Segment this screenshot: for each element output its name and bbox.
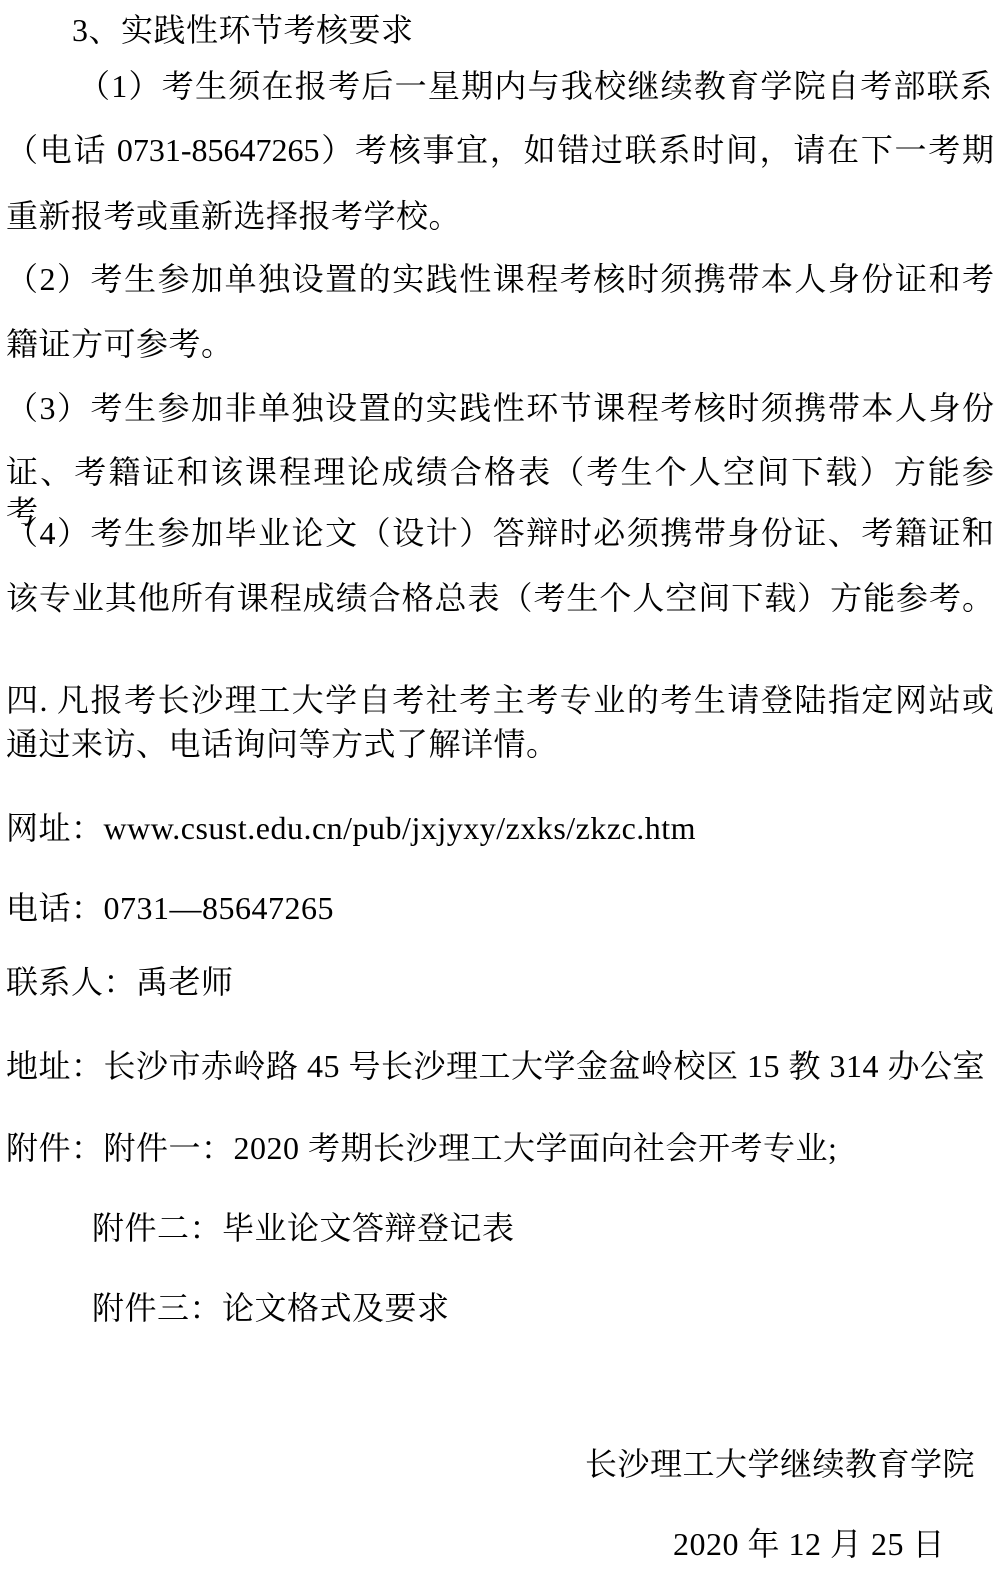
- website-line: 网址：www.csust.edu.cn/pub/jxjyxy/zxks/zkzc…: [6, 808, 696, 848]
- item-4-line-1: （4）考生参加毕业论文（设计）答辩时必须携带身份证、考籍证和: [6, 513, 994, 553]
- item-2-line-1: （2）考生参加单独设置的实践性课程考核时须携带本人身份证和考: [6, 259, 994, 299]
- section-3-heading: 3、实践性环节考核要求: [72, 10, 414, 50]
- item-2-line-2: 籍证方可参考。: [6, 324, 234, 364]
- section-4-line-1: 四. 凡报考长沙理工大学自考社考主考专业的考生请登陆指定网站或: [6, 680, 994, 720]
- signature-line: 长沙理工大学继续教育学院: [585, 1444, 975, 1484]
- item-1-line-3: 重新报考或重新选择报考学校。: [6, 196, 461, 236]
- date-line: 2020 年 12 月 25 日: [673, 1524, 945, 1564]
- attachment-2-line: 附件二：毕业论文答辩登记表: [92, 1208, 515, 1248]
- item-1-line-1: （1）考生须在报考后一星期内与我校继续教育学院自考部联系: [78, 66, 992, 106]
- address-line: 地址：长沙市赤岭路 45 号长沙理工大学金盆岭校区 15 教 314 办公室: [6, 1046, 985, 1086]
- item-3-line-1: （3）考生参加非单独设置的实践性环节课程考核时须携带本人身份: [6, 388, 994, 428]
- item-4-line-2: 该专业其他所有课程成绩合格总表（考生个人空间下载）方能参考。: [6, 578, 994, 618]
- contact-line: 联系人：禹老师: [6, 962, 234, 1002]
- section-4-line-2: 通过来访、电话询问等方式了解详情。: [6, 724, 559, 764]
- attachment-3-line: 附件三：论文格式及要求: [92, 1288, 450, 1328]
- item-1-line-2: （电话 0731-85647265）考核事宜，如错过联系时间，请在下一考期: [6, 130, 994, 170]
- attachment-1-line: 附件：附件一：2020 考期长沙理工大学面向社会开考专业;: [6, 1128, 837, 1168]
- document-page: 3、实践性环节考核要求 （1）考生须在报考后一星期内与我校继续教育学院自考部联系…: [0, 0, 1000, 1570]
- phone-line: 电话：0731—85647265: [6, 888, 334, 928]
